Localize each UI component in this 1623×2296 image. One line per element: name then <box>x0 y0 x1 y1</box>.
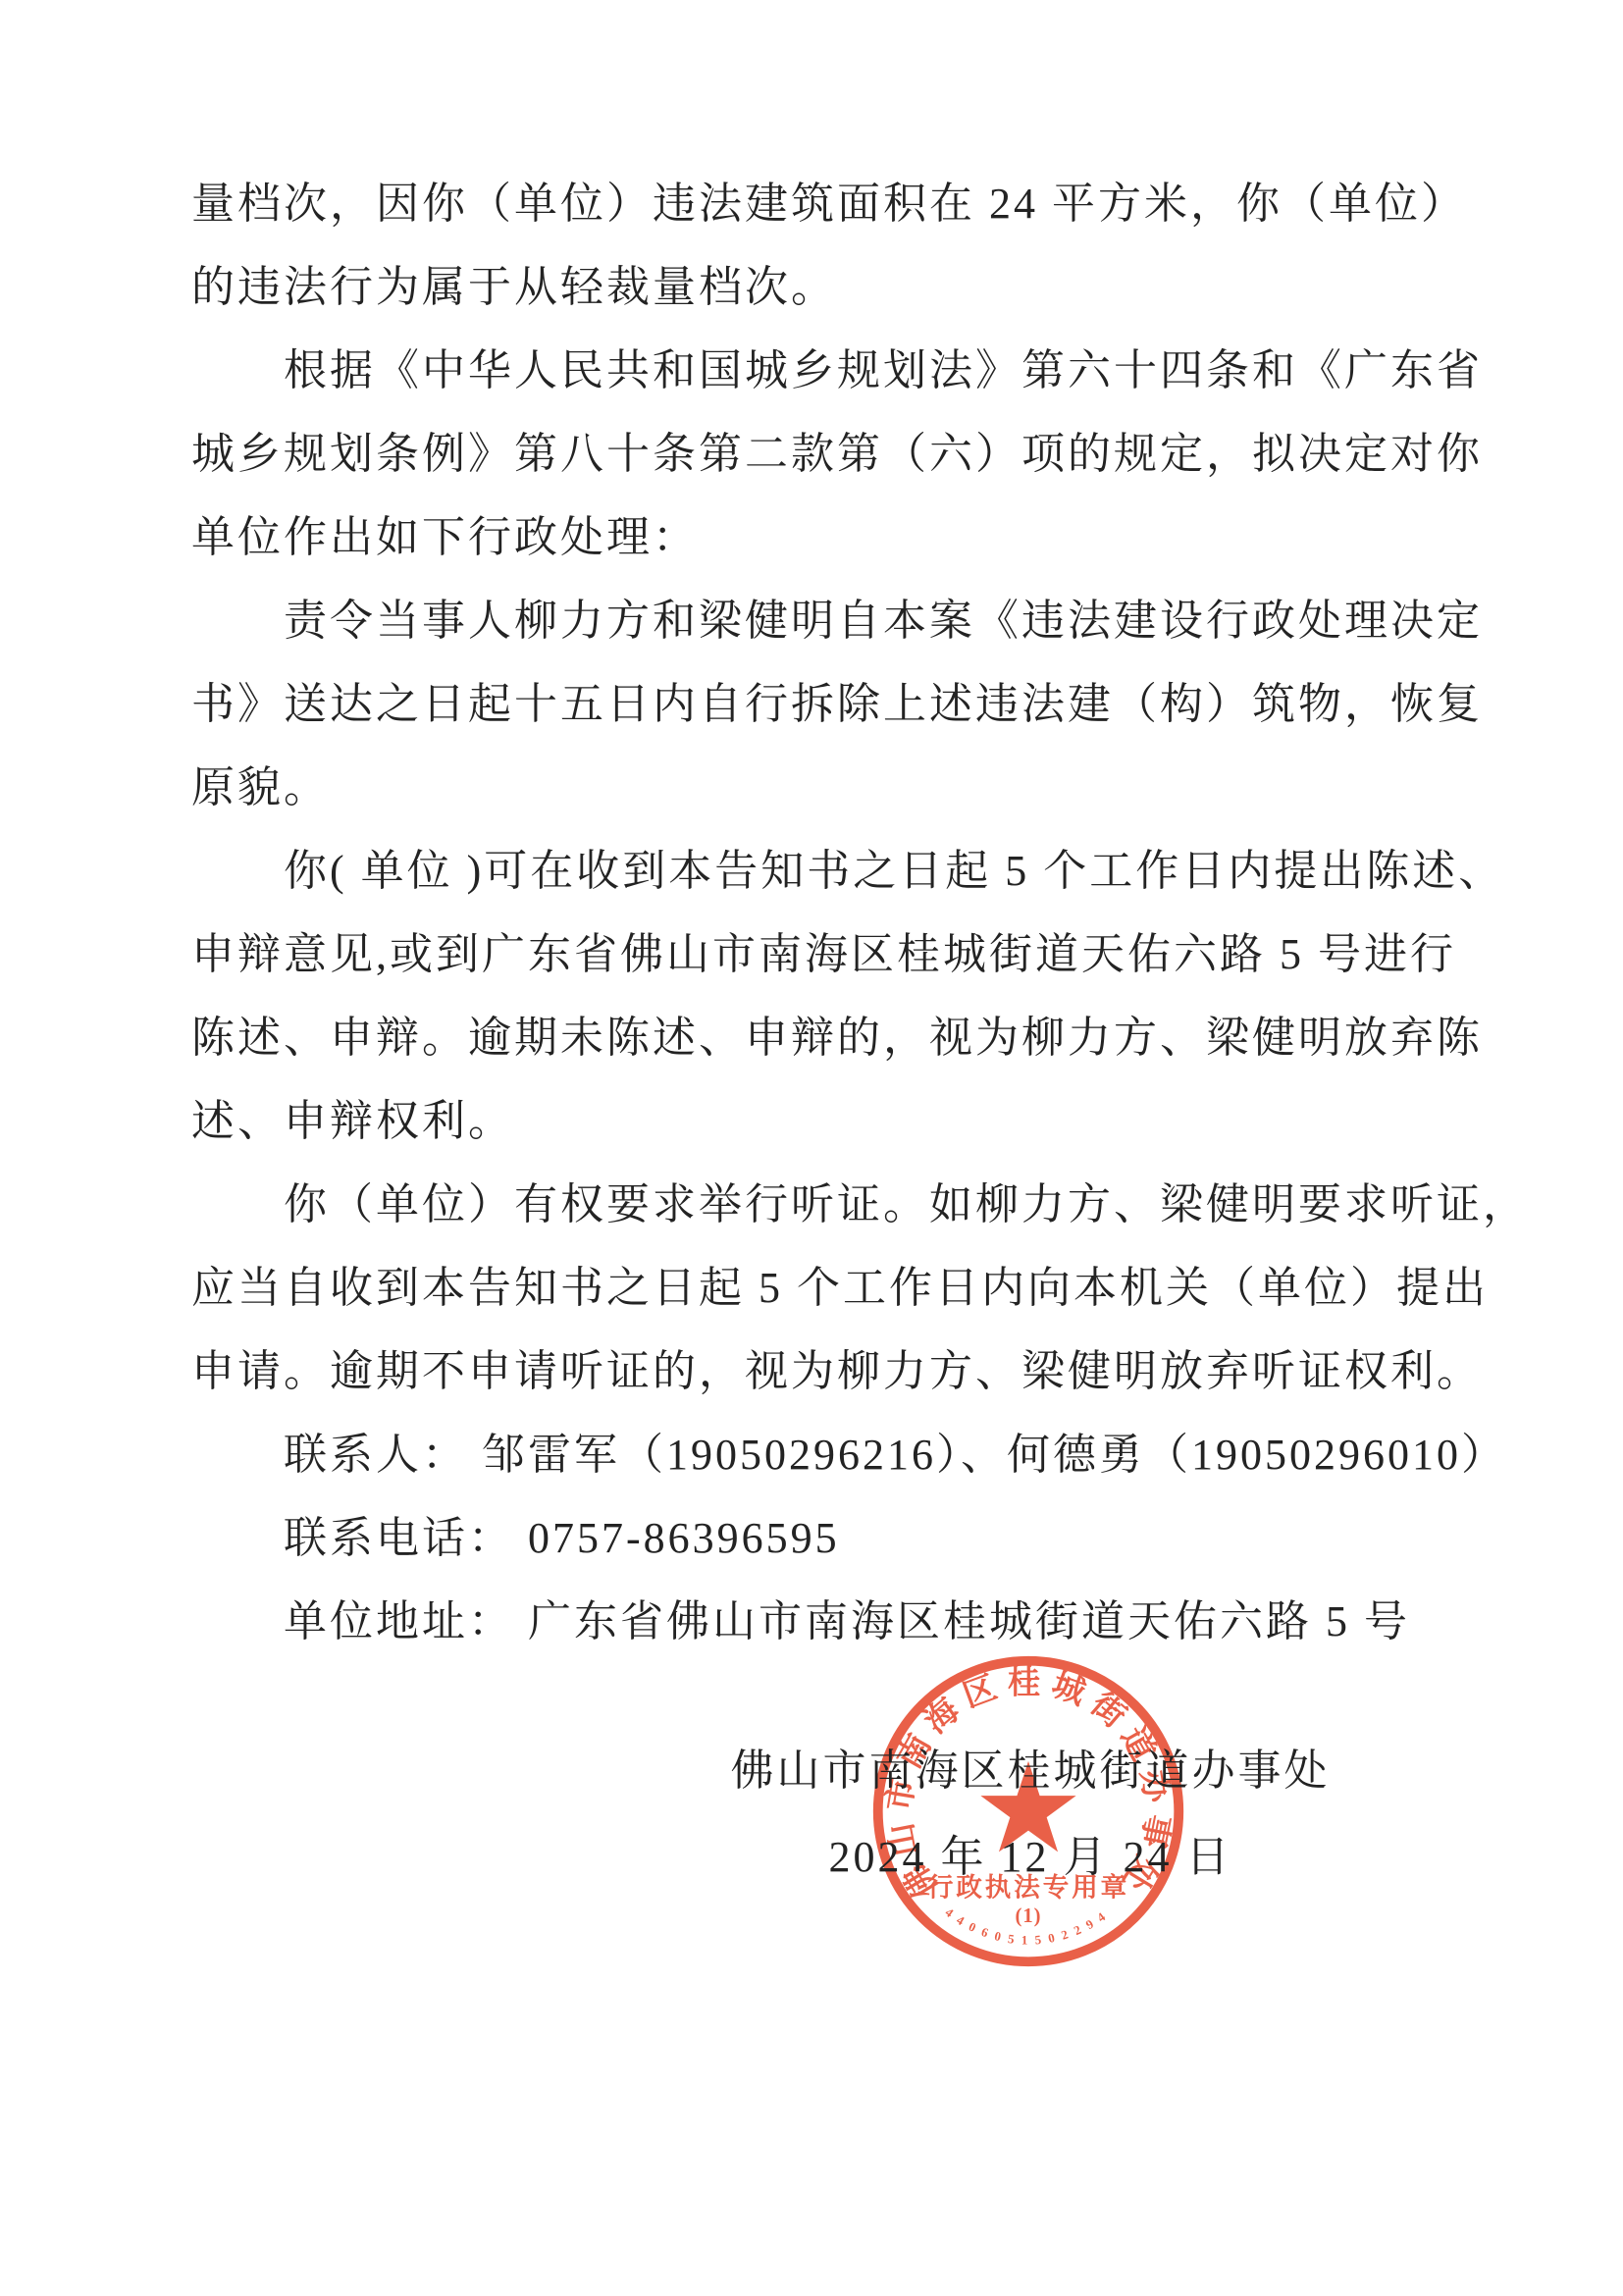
signature-date: 2024 年 12 月 24 日 <box>829 1821 1232 1884</box>
seal-graphic: 佛山市南海区桂城街道办事处 行政执法专用章 (1) 4406051502294 <box>878 1661 1178 1961</box>
text-line: 你（单位）有权要求举行听证。如柳力方、梁健明要求听证， <box>191 1163 1457 1246</box>
text-line: 联系人： 邹雷军（19050296216）、何德勇（19050296010） <box>191 1413 1457 1496</box>
text-line: 单位作出如下行政处理： <box>191 496 1457 579</box>
document-body: 量档次，因你（单位）违法建筑面积在 24 平方米，你（单位）的违法行为属于从轻裁… <box>191 162 1457 1663</box>
text-line: 陈述、申辩。逾期未陈述、申辩的，视为柳力方、梁健明放弃陈 <box>191 996 1457 1079</box>
text-line: 的违法行为属于从轻裁量档次。 <box>191 245 1457 329</box>
text-line: 联系电话： 0757-86396595 <box>191 1496 1457 1580</box>
document-page: 量档次，因你（单位）违法建筑面积在 24 平方米，你（单位）的违法行为属于从轻裁… <box>0 0 1623 2296</box>
signature-org: 佛山市南海区桂城街道办事处 <box>731 1735 1331 1798</box>
official-seal: 佛山市南海区桂城街道办事处 行政执法专用章 (1) 4406051502294 <box>864 1647 1192 1975</box>
text-line: 单位地址： 广东省佛山市南海区桂城街道天佑六路 5 号 <box>191 1580 1457 1663</box>
text-line: 你( 单位 )可在收到本告知书之日起 5 个工作日内提出陈述、 <box>191 829 1457 913</box>
text-line: 城乡规划条例》第八十条第二款第（六）项的规定，拟决定对你 <box>191 412 1457 496</box>
text-line: 原貌。 <box>191 746 1457 829</box>
seal-index-text: (1) <box>1016 1905 1042 1927</box>
text-line: 责令当事人柳力方和梁健明自本案《违法建设行政处理决定 <box>191 579 1457 662</box>
text-line: 量档次，因你（单位）违法建筑面积在 24 平方米，你（单位） <box>191 162 1457 245</box>
text-line: 应当自收到本告知书之日起 5 个工作日内向本机关（单位）提出 <box>191 1246 1457 1330</box>
text-line: 述、申辩权利。 <box>191 1079 1457 1163</box>
text-line: 申辩意见,或到广东省佛山市南海区桂城街道天佑六路 5 号进行 <box>191 913 1457 996</box>
text-line: 申请。逾期不申请听证的，视为柳力方、梁健明放弃听证权利。 <box>191 1330 1457 1413</box>
text-line: 书》送达之日起十五日内自行拆除上述违法建（构）筑物，恢复 <box>191 662 1457 746</box>
text-line: 根据《中华人民共和国城乡规划法》第六十四条和《广东省 <box>191 329 1457 412</box>
